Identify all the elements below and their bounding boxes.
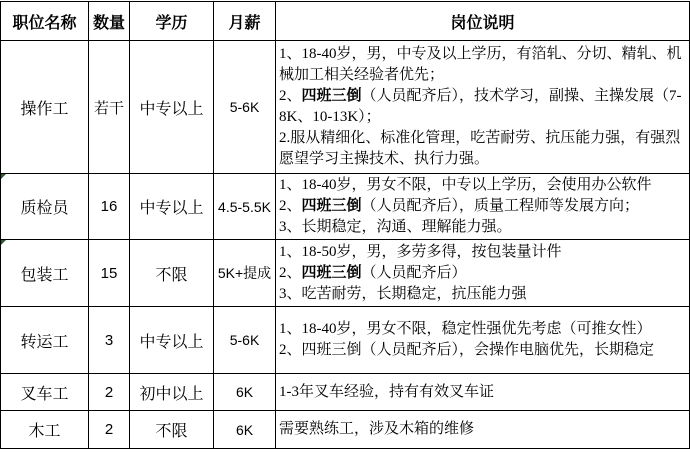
- description-segment: 2、四班三倒（人员配齐后），会操作电脑优先，长期稳定: [279, 342, 654, 358]
- position-cell: 质检员: [1, 174, 89, 240]
- count-cell: 2: [89, 411, 130, 449]
- description-line: 1-3年叉车经验，持有有效叉车证: [279, 382, 687, 403]
- table-row: 操作工若干中专以上5-6K1、18-40岁，男，中专及以上学历，有箔轧、分切、精…: [1, 41, 690, 174]
- position-label: 叉车工: [20, 386, 68, 403]
- description-segment-bold: 四班三倒: [302, 265, 362, 281]
- description-cell: 1-3年叉车经验，持有有效叉车证: [276, 374, 690, 411]
- count-cell: 若干: [89, 41, 130, 174]
- position-label: 转运工: [20, 334, 68, 351]
- description-line: 2、四班三倒（人员配齐后），会操作电脑优先，长期稳定: [279, 340, 687, 361]
- table-row: 叉车工2初中以上6K1-3年叉车经验，持有有效叉车证: [1, 374, 690, 411]
- count-cell: 2: [89, 374, 130, 411]
- education-cell: 中专以上: [130, 307, 214, 374]
- description-segment: 1、18-40岁，男女不限，稳定性强优先考虑（可推女性）: [279, 321, 652, 337]
- column-header: 月薪: [214, 2, 276, 41]
- header-row: 职位名称数量学历月薪岗位说明: [1, 2, 690, 41]
- table-row: 包装工15不限5K+提成1、18-50岁，男，多劳多得，按包装量计件2、四班三倒…: [1, 240, 690, 307]
- excel-corner-mark-icon: [1, 174, 6, 179]
- column-header: 职位名称: [1, 2, 89, 41]
- description-segment-bold: 四班三倒: [302, 198, 362, 214]
- table-header: 职位名称数量学历月薪岗位说明: [1, 2, 690, 41]
- job-table: 职位名称数量学历月薪岗位说明 操作工若干中专以上5-6K1、18-40岁，男，中…: [0, 1, 690, 449]
- column-header: 数量: [89, 2, 130, 41]
- description-cell: 1、18-40岁，男女不限，中专以上学历，会使用办公软件2、四班三倒（人员配齐后…: [276, 174, 690, 240]
- salary-cell: 6K: [214, 374, 276, 411]
- education-cell: 中专以上: [130, 174, 214, 240]
- description-segment: 2、: [279, 265, 302, 281]
- description-line: 1、18-40岁，男，中专及以上学历，有箔轧、分切、精轧、机械加工相关经验者优先…: [279, 44, 687, 86]
- description-line: 需要熟练工，涉及木箱的维修: [279, 419, 687, 440]
- count-cell: 3: [89, 307, 130, 374]
- table-row: 质检员16中专以上4.5-5.5K1、18-40岁，男女不限，中专以上学历，会使…: [1, 174, 690, 240]
- description-segment: 1、18-40岁，男女不限，中专以上学历，会使用办公软件: [279, 177, 652, 193]
- description-line: 2、四班三倒（人员配齐后），质量工程师等发展方向；: [279, 196, 687, 217]
- education-cell: 中专以上: [130, 41, 214, 174]
- position-cell: 叉车工: [1, 374, 89, 411]
- description-segment: 3、吃苦耐劳，长期稳定，抗压能力强: [279, 286, 527, 302]
- position-cell: 操作工: [1, 41, 89, 174]
- position-label: 木工: [28, 423, 60, 440]
- excel-corner-mark-icon: [1, 240, 6, 245]
- position-cell: 包装工: [1, 240, 89, 307]
- column-header: 学历: [130, 2, 214, 41]
- description-segment: （人员配齐后），质量工程师等发展方向；: [362, 198, 640, 214]
- count-cell: 15: [89, 240, 130, 307]
- count-cell: 16: [89, 174, 130, 240]
- description-line: 2、四班三倒（人员配齐后），技术学习，副操、主操发展（7-8K、10-13K）；: [279, 86, 687, 128]
- position-cell: 木工: [1, 411, 89, 449]
- table-row: 木工2不限6K需要熟练工，涉及木箱的维修: [1, 411, 690, 449]
- description-line: 1、18-50岁，男，多劳多得，按包装量计件: [279, 242, 687, 263]
- position-label: 质检员: [20, 200, 68, 217]
- table-body: 操作工若干中专以上5-6K1、18-40岁，男，中专及以上学历，有箔轧、分切、精…: [1, 41, 690, 449]
- description-segment: 3、长期稳定，沟通、理解能力强。: [279, 219, 512, 235]
- position-label: 包装工: [20, 267, 68, 284]
- description-cell: 1、18-40岁，男，中专及以上学历，有箔轧、分切、精轧、机械加工相关经验者优先…: [276, 41, 690, 174]
- description-line: 3、吃苦耐劳，长期稳定，抗压能力强: [279, 284, 687, 305]
- education-cell: 不限: [130, 411, 214, 449]
- education-cell: 不限: [130, 240, 214, 307]
- description-segment: 2.服从精细化、标准化管理，吃苦耐劳、抗压能力强，有强烈愿望学习主操技术、执行力…: [279, 130, 680, 167]
- description-line: 2.服从精细化、标准化管理，吃苦耐劳、抗压能力强，有强烈愿望学习主操技术、执行力…: [279, 128, 687, 170]
- education-cell: 初中以上: [130, 374, 214, 411]
- description-segment: 1、18-40岁，男，中专及以上学历，有箔轧、分切、精轧、机械加工相关经验者优先…: [279, 46, 682, 83]
- description-cell: 1、18-50岁，男，多劳多得，按包装量计件2、四班三倒（人员配齐后）3、吃苦耐…: [276, 240, 690, 307]
- description-segment: 2、: [279, 88, 302, 104]
- description-line: 1、18-40岁，男女不限，中专以上学历，会使用办公软件: [279, 175, 687, 196]
- description-segment: （人员配齐后）: [362, 265, 467, 281]
- table-row: 转运工3中专以上5-6K1、18-40岁，男女不限，稳定性强优先考虑（可推女性）…: [1, 307, 690, 374]
- description-segment-bold: 四班三倒: [302, 88, 362, 104]
- salary-cell: 5-6K: [214, 307, 276, 374]
- salary-cell: 5K+提成: [214, 240, 276, 307]
- description-line: 1、18-40岁，男女不限，稳定性强优先考虑（可推女性）: [279, 319, 687, 340]
- salary-cell: 4.5-5.5K: [214, 174, 276, 240]
- description-segment: 1-3年叉车经验，持有有效叉车证: [279, 384, 494, 400]
- salary-cell: 6K: [214, 411, 276, 449]
- job-postings-page: 职位名称数量学历月薪岗位说明 操作工若干中专以上5-6K1、18-40岁，男，中…: [0, 0, 690, 453]
- salary-cell: 5-6K: [214, 41, 276, 174]
- description-segment: 需要熟练工，涉及木箱的维修: [279, 421, 474, 437]
- description-line: 2、四班三倒（人员配齐后）: [279, 263, 687, 284]
- column-header: 岗位说明: [276, 2, 690, 41]
- position-label: 操作工: [20, 101, 68, 118]
- description-segment: 1、18-50岁，男，多劳多得，按包装量计件: [279, 244, 562, 260]
- description-cell: 需要熟练工，涉及木箱的维修: [276, 411, 690, 449]
- description-segment: 2、: [279, 198, 302, 214]
- position-cell: 转运工: [1, 307, 89, 374]
- description-cell: 1、18-40岁，男女不限，稳定性强优先考虑（可推女性）2、四班三倒（人员配齐后…: [276, 307, 690, 374]
- description-line: 3、长期稳定，沟通、理解能力强。: [279, 217, 687, 238]
